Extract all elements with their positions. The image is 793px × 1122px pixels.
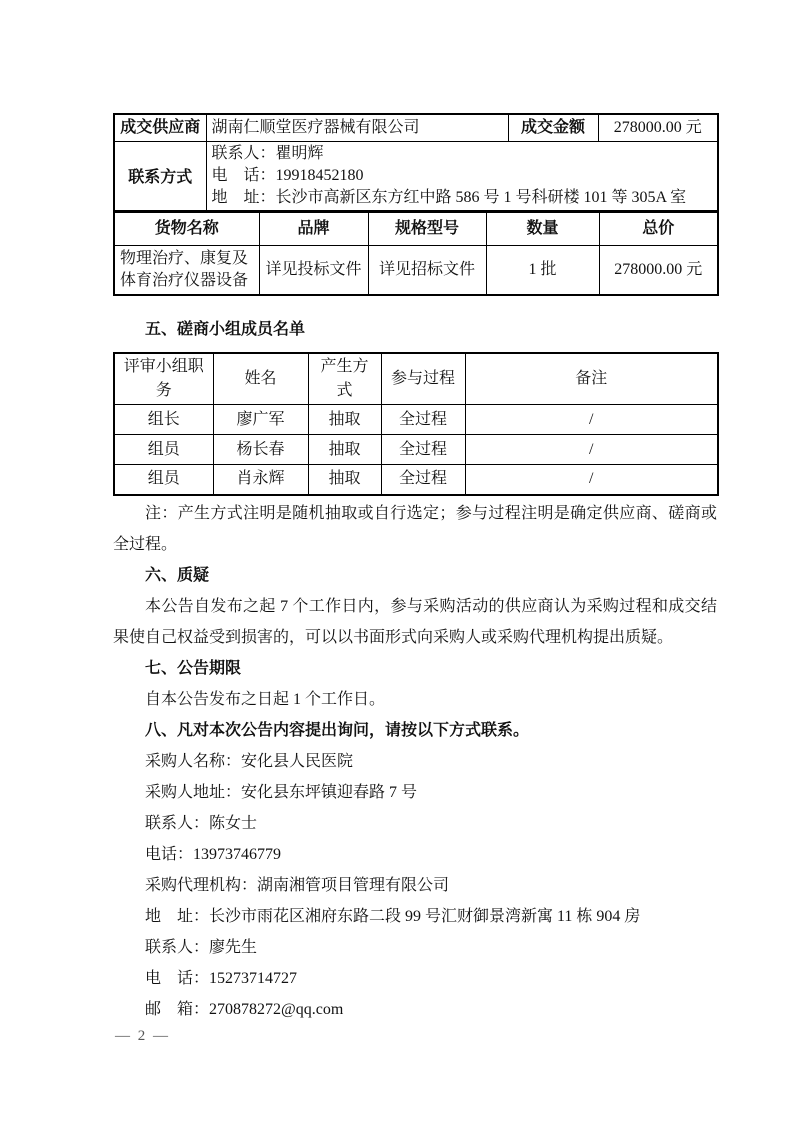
members-header-method: 产生方式 bbox=[308, 353, 381, 405]
purchaser-address-line: 采购人地址：安化县东坪镇迎春路 7 号 bbox=[113, 777, 717, 808]
goods-qty-cell: 1 批 bbox=[486, 245, 599, 295]
goods-brand-cell: 详见投标文件 bbox=[259, 245, 368, 295]
member-name-cell: 杨长春 bbox=[213, 435, 308, 465]
contact-address-line: 地 址：长沙市高新区东方红中路 586 号 1 号科研楼 101 等 305A … bbox=[212, 187, 713, 209]
contact-label-cell: 联系方式 bbox=[114, 141, 206, 211]
contact-phone-line: 电 话：19918452180 bbox=[212, 165, 713, 187]
goods-header-spec: 规格型号 bbox=[368, 212, 486, 245]
member-role-cell: 组员 bbox=[114, 435, 213, 465]
goods-header-brand: 品牌 bbox=[259, 212, 368, 245]
goods-spec-cell: 详见招标文件 bbox=[368, 245, 486, 295]
goods-total-cell: 278000.00 元 bbox=[599, 245, 718, 295]
agency-phone-line: 电 话：15273714727 bbox=[113, 963, 717, 994]
members-header-name: 姓名 bbox=[213, 353, 308, 405]
table-row: 物理治疗、康复及体育治疗仪器设备 详见投标文件 详见招标文件 1 批 27800… bbox=[114, 245, 718, 295]
section-5-title: 五、磋商小组成员名单 bbox=[113, 314, 717, 345]
goods-header-qty: 数量 bbox=[486, 212, 599, 245]
members-table-note: 注：产生方式注明是随机抽取或自行选定；参与过程注明是确定供应商、磋商或全过程。 bbox=[113, 498, 717, 560]
page-number: — 2 — bbox=[115, 1028, 170, 1045]
contact-detail-cell: 联系人：瞿明辉 电 话：19918452180 地 址：长沙市高新区东方红中路 … bbox=[206, 141, 718, 211]
section-7-title: 七、公告期限 bbox=[113, 653, 717, 684]
table-header-row: 货物名称 品牌 规格型号 数量 总价 bbox=[114, 212, 718, 245]
contact-person-line: 联系人：瞿明辉 bbox=[212, 143, 713, 165]
member-name-cell: 肖永辉 bbox=[213, 465, 308, 495]
supplier-label-cell: 成交供应商 bbox=[114, 114, 206, 141]
member-remark-cell: / bbox=[465, 405, 718, 435]
members-header-remark: 备注 bbox=[465, 353, 718, 405]
member-name-cell: 廖广军 bbox=[213, 405, 308, 435]
goods-header-name: 货物名称 bbox=[114, 212, 259, 245]
member-role-cell: 组员 bbox=[114, 465, 213, 495]
table-row: 组长 廖广军 抽取 全过程 / bbox=[114, 405, 718, 435]
section-6-title: 六、质疑 bbox=[113, 560, 717, 591]
goods-name-cell: 物理治疗、康复及体育治疗仪器设备 bbox=[114, 245, 259, 295]
members-header-role: 评审小组职务 bbox=[114, 353, 213, 405]
document-page: 成交供应商 湖南仁顺堂医疗器械有限公司 成交金额 278000.00 元 联系方… bbox=[113, 113, 717, 1025]
table-header-row: 评审小组职务 姓名 产生方式 参与过程 备注 bbox=[114, 353, 718, 405]
agency-email-line: 邮 箱：270878272@qq.com bbox=[113, 994, 717, 1025]
member-process-cell: 全过程 bbox=[381, 435, 465, 465]
agency-address-line: 地 址：长沙市雨花区湘府东路二段 99 号汇财御景湾新寓 11 栋 904 房 bbox=[113, 901, 717, 932]
member-process-cell: 全过程 bbox=[381, 405, 465, 435]
amount-value-cell: 278000.00 元 bbox=[598, 114, 718, 141]
supplier-info-table: 成交供应商 湖南仁顺堂医疗器械有限公司 成交金额 278000.00 元 联系方… bbox=[113, 113, 719, 212]
member-role-cell: 组长 bbox=[114, 405, 213, 435]
purchaser-phone-line: 电话：13973746779 bbox=[113, 839, 717, 870]
member-method-cell: 抽取 bbox=[308, 465, 381, 495]
table-row: 组员 肖永辉 抽取 全过程 / bbox=[114, 465, 718, 495]
agency-name-line: 采购代理机构：湖南湘管项目管理有限公司 bbox=[113, 870, 717, 901]
member-process-cell: 全过程 bbox=[381, 465, 465, 495]
member-remark-cell: / bbox=[465, 465, 718, 495]
member-method-cell: 抽取 bbox=[308, 405, 381, 435]
goods-header-total: 总价 bbox=[599, 212, 718, 245]
member-method-cell: 抽取 bbox=[308, 435, 381, 465]
section-7-body: 自本公告发布之日起 1 个工作日。 bbox=[113, 684, 717, 715]
members-header-process: 参与过程 bbox=[381, 353, 465, 405]
table-row: 成交供应商 湖南仁顺堂医疗器械有限公司 成交金额 278000.00 元 bbox=[114, 114, 718, 141]
member-remark-cell: / bbox=[465, 435, 718, 465]
goods-table: 货物名称 品牌 规格型号 数量 总价 物理治疗、康复及体育治疗仪器设备 详见投标… bbox=[113, 212, 719, 297]
supplier-name-cell: 湖南仁顺堂医疗器械有限公司 bbox=[206, 114, 508, 141]
table-row: 联系方式 联系人：瞿明辉 电 话：19918452180 地 址：长沙市高新区东… bbox=[114, 141, 718, 211]
purchaser-contact-line: 联系人：陈女士 bbox=[113, 808, 717, 839]
table-row: 组员 杨长春 抽取 全过程 / bbox=[114, 435, 718, 465]
amount-label-cell: 成交金额 bbox=[508, 114, 598, 141]
agency-contact-line: 联系人：廖先生 bbox=[113, 932, 717, 963]
section-8-title: 八、凡对本次公告内容提出询问，请按以下方式联系。 bbox=[113, 715, 717, 746]
purchaser-name-line: 采购人名称：安化县人民医院 bbox=[113, 746, 717, 777]
members-table: 评审小组职务 姓名 产生方式 参与过程 备注 组长 廖广军 抽取 全过程 / 组… bbox=[113, 352, 719, 496]
section-6-body: 本公告自发布之起 7 个工作日内，参与采购活动的供应商认为采购过程和成交结果使自… bbox=[113, 591, 717, 653]
